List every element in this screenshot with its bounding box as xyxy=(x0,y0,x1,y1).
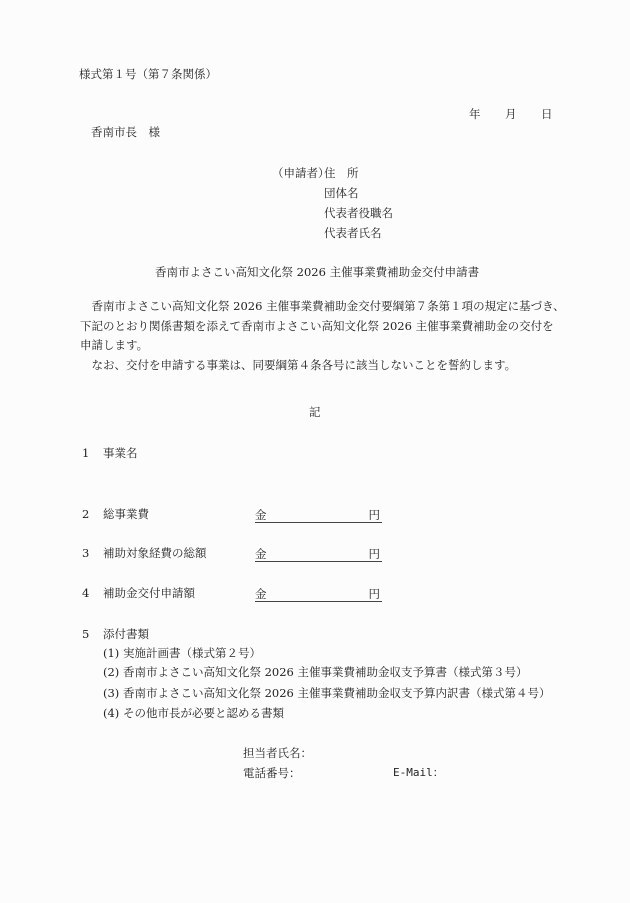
ki-heading: 記 xyxy=(309,405,321,419)
body-line-2: 下記のとおり関係書類を添えて香南市よさこい高知文化祭 2026 主催事業費補助金… xyxy=(80,317,560,337)
item-5-label: 添付書類 xyxy=(103,627,149,641)
item-1-label: 事業名 xyxy=(103,446,138,460)
contact-phone-label: 電話番号： xyxy=(243,766,301,780)
yen-suffix: 円 xyxy=(369,586,381,602)
applicant-label: （申請者） xyxy=(272,166,330,180)
contact-email-label: E-Mail： xyxy=(393,766,444,780)
body-line-1: 香南市よさこい高知文化祭 2026 主催事業費補助金交付要綱第７条第１項の規定に… xyxy=(80,297,560,317)
item-1-number: 1 xyxy=(82,446,89,460)
addressee: 香南市長 様 xyxy=(91,125,160,139)
form-number: 様式第１号（第７条関係） xyxy=(79,67,217,81)
attachment-2: (2) 香南市よさこい高知文化祭 2026 主催事業費補助金収支予算書（様式第３… xyxy=(103,665,528,679)
body-paragraph: 香南市よさこい高知文化祭 2026 主催事業費補助金交付要綱第７条第１項の規定に… xyxy=(80,297,560,375)
document-title: 香南市よさこい高知文化祭 2026 主催事業費補助金交付申請書 xyxy=(155,265,479,279)
eligible-cost-field[interactable]: 金 円 xyxy=(255,546,382,562)
date-year: 年 xyxy=(469,107,481,121)
attachment-1: (1) 実施計画書（様式第２号） xyxy=(103,646,261,660)
yen-suffix: 円 xyxy=(369,507,381,523)
body-line-3: 申請します。 xyxy=(80,336,560,356)
applicant-organization-label: 団体名 xyxy=(324,186,359,200)
attachment-4: (4) その他市長が必要と認める書類 xyxy=(103,706,284,720)
applicant-representative-name-label: 代表者氏名 xyxy=(324,226,382,240)
total-cost-field[interactable]: 金 円 xyxy=(255,507,382,523)
item-2-label: 総事業費 xyxy=(103,507,149,521)
item-5-number: 5 xyxy=(82,627,89,641)
date-day: 日 xyxy=(541,107,553,121)
yen-suffix: 円 xyxy=(369,546,381,562)
item-3-label: 補助対象経費の総額 xyxy=(103,546,207,560)
attachment-3: (3) 香南市よさこい高知文化祭 2026 主催事業費補助金収支予算内訳書（様式… xyxy=(103,686,551,700)
contact-person-label: 担当者氏名： xyxy=(243,746,312,760)
item-4-number: 4 xyxy=(82,586,89,600)
item-3-number: 3 xyxy=(82,546,89,560)
kin-prefix: 金 xyxy=(255,507,267,523)
item-4-label: 補助金交付申請額 xyxy=(103,586,195,600)
requested-amount-field[interactable]: 金 円 xyxy=(255,586,382,602)
date-month: 月 xyxy=(505,107,517,121)
item-2-number: 2 xyxy=(82,507,89,521)
body-pledge: なお、交付を申請する事業は、同要綱第４条各号に該当しないことを誓約します。 xyxy=(80,356,560,376)
applicant-representative-title-label: 代表者役職名 xyxy=(324,206,393,220)
kin-prefix: 金 xyxy=(255,586,267,602)
applicant-address-label: 住 所 xyxy=(324,166,359,180)
kin-prefix: 金 xyxy=(255,546,267,562)
